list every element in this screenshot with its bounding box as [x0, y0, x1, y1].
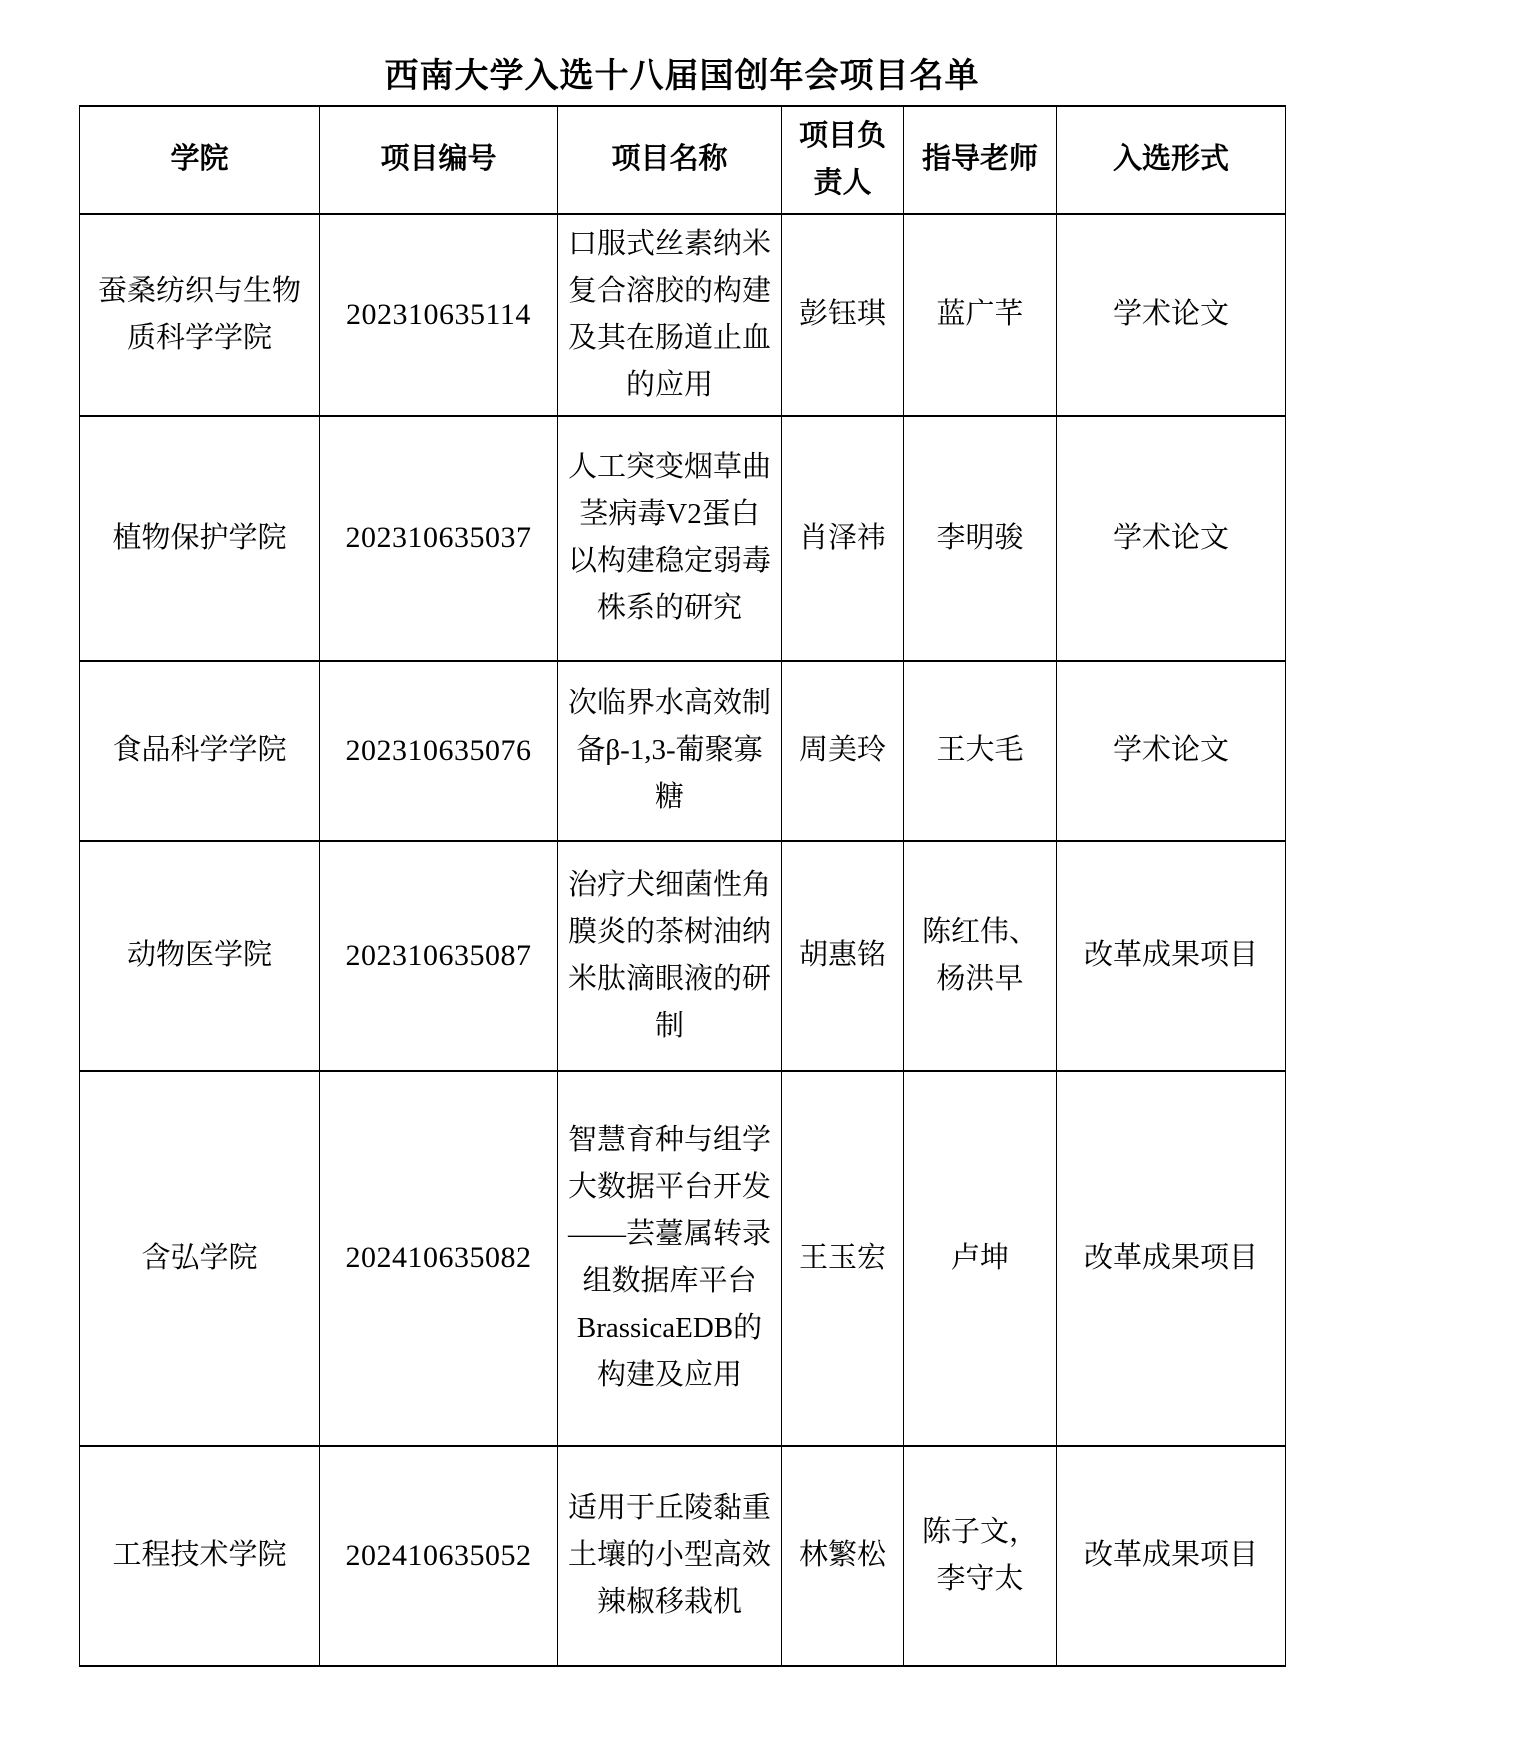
- leader-cell: 林繁松: [782, 1446, 904, 1666]
- project-name-cell: 口服式丝素纳米复合溶胶的构建及其在肠道止血的应用: [558, 214, 782, 416]
- selection-type-cell: 学术论文: [1057, 416, 1286, 661]
- leader-cell: 彭钰琪: [782, 214, 904, 416]
- project-name-cell: 治疗犬细菌性角膜炎的茶树油纳米肽滴眼液的研制: [558, 841, 782, 1071]
- project-name-cell: 智慧育种与组学大数据平台开发——芸薹属转录组数据库平台BrassicaEDB的构…: [558, 1071, 782, 1446]
- document-page: 西南大学入选十八届国创年会项目名单 学院 项目编号 项目名称 项目负责人 指导老…: [0, 0, 1528, 1764]
- header-cell-advisor: 指导老师: [904, 106, 1057, 214]
- selection-type-cell: 学术论文: [1057, 214, 1286, 416]
- projects-table: 学院 项目编号 项目名称 项目负责人 指导老师 入选形式 蚕桑纺织与生物质科学学…: [79, 105, 1286, 1667]
- table-header-row: 学院 项目编号 项目名称 项目负责人 指导老师 入选形式: [80, 106, 1286, 214]
- table-row: 食品科学学院 202310635076 次临界水高效制备β-1,3-葡聚寡糖 周…: [80, 661, 1286, 841]
- leader-cell: 肖泽祎: [782, 416, 904, 661]
- project-name-cell: 人工突变烟草曲茎病毒V2蛋白以构建稳定弱毒株系的研究: [558, 416, 782, 661]
- header-cell-name: 项目名称: [558, 106, 782, 214]
- project-number-cell: 202310635114: [320, 214, 558, 416]
- advisor-cell: 李明骏: [904, 416, 1057, 661]
- header-cell-type: 入选形式: [1057, 106, 1286, 214]
- selection-type-cell: 改革成果项目: [1057, 841, 1286, 1071]
- advisor-cell: 卢坤: [904, 1071, 1057, 1446]
- table-row: 蚕桑纺织与生物质科学学院 202310635114 口服式丝素纳米复合溶胶的构建…: [80, 214, 1286, 416]
- table-row: 工程技术学院 202410635052 适用于丘陵黏重土壤的小型高效辣椒移栽机 …: [80, 1446, 1286, 1666]
- leader-cell: 周美玲: [782, 661, 904, 841]
- leader-cell: 胡惠铭: [782, 841, 904, 1071]
- table-row: 动物医学院 202310635087 治疗犬细菌性角膜炎的茶树油纳米肽滴眼液的研…: [80, 841, 1286, 1071]
- college-cell: 蚕桑纺织与生物质科学学院: [80, 214, 320, 416]
- document-title: 西南大学入选十八届国创年会项目名单: [79, 48, 1285, 97]
- project-name-cell: 适用于丘陵黏重土壤的小型高效辣椒移栽机: [558, 1446, 782, 1666]
- project-number-cell: 202310635087: [320, 841, 558, 1071]
- header-cell-college: 学院: [80, 106, 320, 214]
- table-row: 含弘学院 202410635082 智慧育种与组学大数据平台开发——芸薹属转录组…: [80, 1071, 1286, 1446]
- college-cell: 工程技术学院: [80, 1446, 320, 1666]
- project-number-cell: 202310635037: [320, 416, 558, 661]
- project-number-cell: 202410635052: [320, 1446, 558, 1666]
- advisor-cell: 陈红伟、杨洪早: [904, 841, 1057, 1071]
- advisor-cell: 蓝广芊: [904, 214, 1057, 416]
- college-cell: 含弘学院: [80, 1071, 320, 1446]
- header-cell-number: 项目编号: [320, 106, 558, 214]
- project-name-cell: 次临界水高效制备β-1,3-葡聚寡糖: [558, 661, 782, 841]
- leader-cell: 王玉宏: [782, 1071, 904, 1446]
- header-cell-leader: 项目负责人: [782, 106, 904, 214]
- advisor-cell: 陈子文，李守太: [904, 1446, 1057, 1666]
- college-cell: 植物保护学院: [80, 416, 320, 661]
- selection-type-cell: 改革成果项目: [1057, 1071, 1286, 1446]
- table-row: 植物保护学院 202310635037 人工突变烟草曲茎病毒V2蛋白以构建稳定弱…: [80, 416, 1286, 661]
- advisor-cell: 王大毛: [904, 661, 1057, 841]
- selection-type-cell: 学术论文: [1057, 661, 1286, 841]
- project-number-cell: 202310635076: [320, 661, 558, 841]
- college-cell: 食品科学学院: [80, 661, 320, 841]
- project-number-cell: 202410635082: [320, 1071, 558, 1446]
- selection-type-cell: 改革成果项目: [1057, 1446, 1286, 1666]
- college-cell: 动物医学院: [80, 841, 320, 1071]
